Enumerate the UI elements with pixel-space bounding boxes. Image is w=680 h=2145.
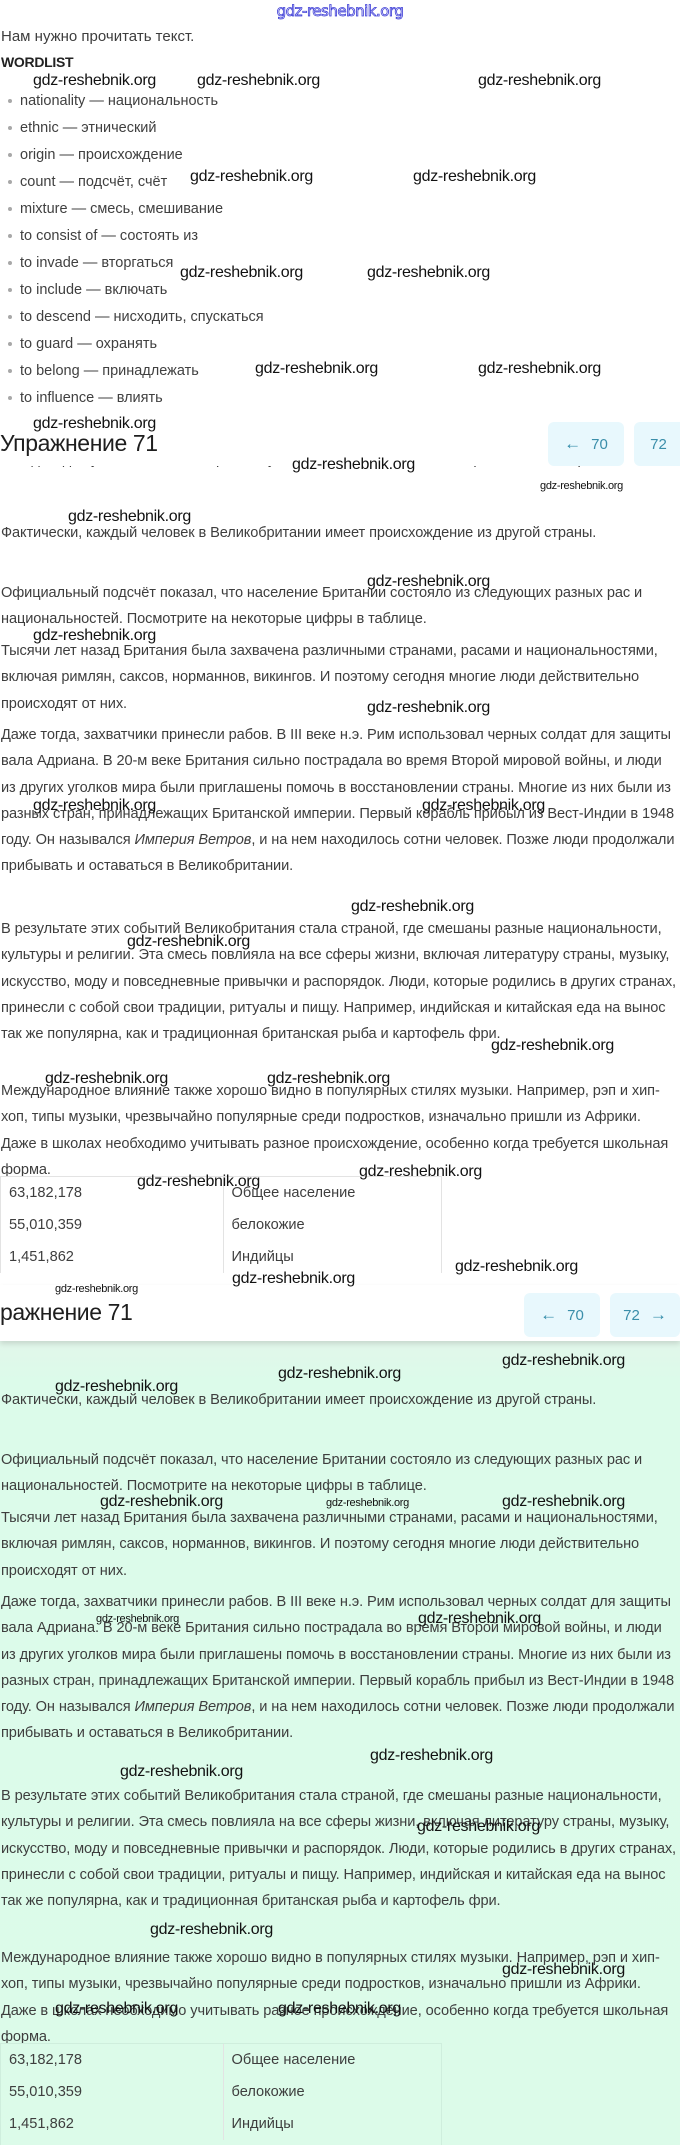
- arrow-right-icon: →: [650, 1305, 667, 1325]
- article-paragraph: Фактически, каждый человек в Великобрита…: [1, 1387, 677, 1413]
- wordlist-item: to belong — принадлежать: [8, 360, 264, 387]
- article-paragraph: Тысячи лет назад Британия была захвачена…: [1, 638, 677, 717]
- intro-text: Нам нужно прочитать текст.: [1, 28, 194, 45]
- wordlist-item: to invade — вторгаться: [8, 252, 264, 279]
- wordlist-item: to include — включать: [8, 279, 264, 306]
- wordlist-title: WORDLIST: [1, 54, 73, 70]
- watermark-text: gdz-reshebnik.org: [478, 360, 601, 378]
- article-paragraph: Международное влияние также хорошо видно…: [1, 1078, 677, 1183]
- wordlist-item: mixture — смесь, смешивание: [8, 198, 264, 225]
- bullet-icon: [8, 126, 12, 130]
- article-paragraph: В результате этих событий Великобритания…: [1, 1783, 677, 1914]
- page-title: ражнение 71: [0, 1299, 132, 1326]
- article-paragraph: Фактически, каждый человек в Великобрита…: [1, 520, 677, 546]
- wordlist-item: count — подсчёт, счёт: [8, 171, 264, 198]
- table-row: 55,010,359белокожие: [1, 1209, 442, 1241]
- wordlist-item: to influence — влиять: [8, 387, 264, 414]
- table-row: 63,182,178Общее население: [1, 1177, 442, 1209]
- bullet-icon: [8, 180, 12, 184]
- wordlist-item: to consist of — состоять из: [8, 225, 264, 252]
- next-exercise-button[interactable]: 72 →: [634, 422, 680, 466]
- wordlist-item: to descend — нисходить, спускаться: [8, 306, 264, 333]
- population-table: 63,182,178Общее население 55,010,359бело…: [0, 2043, 442, 2145]
- watermark-text: gdz-reshebnik.org: [33, 72, 156, 90]
- watermark-text: gdz-reshebnik.org: [197, 72, 320, 90]
- wordlist-item: nationality — национальность: [8, 90, 264, 117]
- article-paragraph: Даже тогда, захватчики принесли рабов. В…: [1, 1589, 677, 1747]
- population-table: 63,182,178Общее население 55,010,359бело…: [0, 1176, 442, 1273]
- article-section-highlighted: назад люди путешествовали из разных угол…: [0, 1340, 680, 2145]
- wordlist-item: ethnic — этнический: [8, 117, 264, 144]
- bullet-icon: [8, 369, 12, 373]
- bullet-icon: [8, 315, 12, 319]
- prev-exercise-button[interactable]: ← 70: [548, 422, 624, 466]
- bullet-icon: [8, 396, 12, 400]
- article-paragraph: Международное влияние также хорошо видно…: [1, 1945, 677, 2050]
- table-row: 55,010,359белокожие: [1, 2076, 442, 2108]
- arrow-left-icon: ←: [564, 434, 581, 454]
- bullet-icon: [8, 342, 12, 346]
- article-paragraph: Официальный подсчёт показал, что населен…: [1, 1447, 677, 1500]
- prev-exercise-button[interactable]: ← 70: [524, 1293, 600, 1337]
- article-paragraph: Даже тогда, захватчики принесли рабов. В…: [1, 722, 677, 880]
- exercise-header: Упражнение 71 ← 70 72 →: [0, 418, 680, 466]
- bullet-icon: [8, 288, 12, 292]
- page-title: Упражнение 71: [0, 430, 158, 457]
- article-section: назад люди путешествовали из разных угол…: [0, 458, 680, 1273]
- article-paragraph: Официальный подсчёт показал, что населен…: [1, 580, 677, 633]
- watermark-text: gdz-reshebnik.org: [413, 168, 536, 186]
- wordlist-item: to guard — охранять: [8, 333, 264, 360]
- watermark-text: gdz-reshebnik.org: [255, 360, 378, 378]
- arrow-left-icon: ←: [540, 1305, 557, 1325]
- table-row: 63,182,178Общее население: [1, 2044, 442, 2076]
- bullet-icon: [8, 261, 12, 265]
- table-row: 1,451,862Индийцы: [1, 1241, 442, 1273]
- watermark-text: gdz-reshebnik.org: [478, 72, 601, 90]
- article-paragraph: Тысячи лет назад Британия была захвачена…: [1, 1505, 677, 1584]
- bullet-icon: [8, 99, 12, 103]
- next-exercise-button[interactable]: 72 →: [610, 1293, 680, 1337]
- bullet-icon: [8, 153, 12, 157]
- wordlist-item: origin — происхождение: [8, 144, 264, 171]
- table-row: 1,451,862Индийцы: [1, 2108, 442, 2140]
- bullet-icon: [8, 234, 12, 238]
- site-banner[interactable]: gdz-reshebnik.org: [0, 0, 680, 24]
- wordlist: nationality — национальность ethnic — эт…: [8, 90, 264, 414]
- exercise-header-sticky: ражнение 71 ← 70 72 →: [0, 1285, 680, 1341]
- article-paragraph: В результате этих событий Великобритания…: [1, 916, 677, 1047]
- bullet-icon: [8, 207, 12, 211]
- watermark-text: gdz-reshebnik.org: [367, 264, 490, 282]
